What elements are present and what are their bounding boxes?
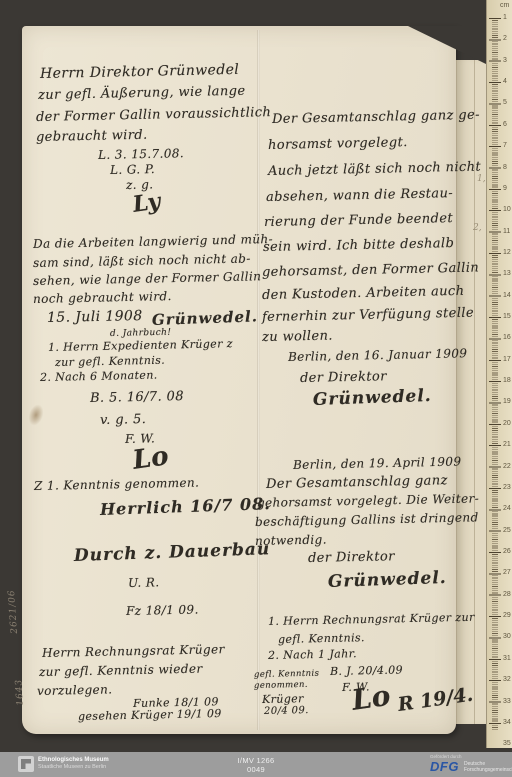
scan-viewer-page: Herrn Direktor Grünwedel zur gefl. Äußer…	[0, 0, 512, 777]
ruler-cm-ticks	[489, 18, 501, 730]
signature-gruenwedel: Grünwedel.	[313, 386, 432, 410]
ruler-number: 8	[503, 164, 507, 171]
ruler-number: 24	[503, 505, 511, 512]
handwritten-line: Fz 18/1 09.	[126, 602, 199, 618]
ruler-number: 12	[503, 249, 511, 256]
ruler-number: 33	[503, 698, 511, 705]
ruler-number: 1	[503, 14, 507, 21]
margin-note-vertical: 1643	[14, 678, 26, 706]
dfg-org-name: Deutsche Forschungsgemeinschaft	[464, 761, 512, 773]
handwritten-line: B. 5. 16/7. 08	[90, 389, 184, 406]
ruler-number: 19	[503, 398, 511, 405]
ruler-number: 18	[503, 377, 511, 384]
ruler-number: 5	[503, 99, 507, 106]
ruler-number: 6	[503, 121, 507, 128]
ruler-number: 22	[503, 463, 511, 470]
handwritten-line: der Direktor	[308, 549, 395, 566]
ruler-number: 34	[503, 719, 511, 726]
handwritten-line: B. J. 20/4.09	[330, 663, 403, 678]
handwritten-annotation: L. G. P.	[110, 162, 155, 177]
signature-gruenwedel: Grünwedel.	[152, 307, 259, 329]
ruler-number: 27	[503, 569, 511, 576]
ruler-number: 25	[503, 527, 511, 534]
ruler-unit-label: cm	[500, 2, 509, 9]
handwritten-annotation: L. 3. 15.7.08.	[98, 146, 184, 162]
handwritten-line: zur gefl. Kenntnis.	[55, 354, 165, 369]
ruler-number: 17	[503, 356, 511, 363]
ruler-number: 20	[503, 420, 511, 427]
ruler-number: 32	[503, 676, 511, 683]
handwritten-superscript: d. Jahrbuch!	[110, 328, 172, 339]
handwritten-line: gebraucht wird.	[36, 128, 148, 145]
paraph-initial: Lo	[350, 679, 393, 717]
ruler-number: 14	[503, 292, 511, 299]
handwritten-line: U. R.	[128, 575, 160, 590]
ruler-number: 3	[503, 57, 507, 64]
ruler-number: 15	[503, 313, 511, 320]
signature-gruenwedel: Grünwedel.	[328, 568, 447, 592]
handwritten-side-note: gefl. Kenntnis	[254, 669, 320, 680]
page-fold-crease	[257, 30, 260, 730]
ruler-number: 9	[503, 185, 507, 192]
ruler-number: 29	[503, 612, 511, 619]
handwritten-line: zu wollen.	[262, 329, 333, 345]
paraph-initial: Ly	[131, 188, 162, 218]
handwritten-side-note: Krüger	[262, 692, 304, 706]
viewer-footer-bar: Ethnologisches Museum Staatliche Museen …	[0, 752, 512, 777]
ruler-number: 10	[503, 206, 511, 213]
date-line: 15. Juli 1908	[47, 308, 143, 326]
handwritten-line: der Direktor	[300, 369, 387, 386]
ruler-number: 7	[503, 142, 507, 149]
handwritten-line: vorzulegen.	[37, 682, 113, 698]
ruler-number: 23	[503, 484, 511, 491]
ruler-number: 2	[503, 35, 507, 42]
handwritten-line: notwendig.	[255, 532, 327, 548]
ruler-number: 13	[503, 270, 511, 277]
ruler-number: 28	[503, 591, 511, 598]
ruler-number: 4	[503, 78, 507, 85]
handwritten-side-note: 20/4 09.	[264, 705, 309, 717]
paraph-initial: Lo	[131, 441, 170, 476]
ruler-number: 16	[503, 334, 511, 341]
ruler-number: 31	[503, 655, 511, 662]
dfg-org-line2: Forschungsgemeinschaft	[464, 767, 512, 773]
ruler-number: 21	[503, 441, 511, 448]
pencil-mark: 1,	[477, 174, 486, 184]
ruler: cm 1234567891011121314151617181920212223…	[486, 0, 512, 748]
margin-note-vertical: 2621/06	[7, 589, 20, 634]
dfg-logo: DFG	[430, 759, 459, 774]
handwritten-line: v. g. 5.	[100, 412, 147, 428]
handwritten-line: gefl. Kenntnis.	[278, 631, 365, 646]
ruler-number: 26	[503, 548, 511, 555]
ruler-number: 30	[503, 633, 511, 640]
handwritten-line: 2. Nach 1 Jahr.	[268, 647, 357, 662]
handwritten-line: noch gebraucht wird.	[33, 289, 172, 306]
handwritten-side-note: genommen.	[254, 680, 308, 691]
ruler-number: 35	[503, 740, 511, 747]
pencil-mark: 2,	[473, 223, 482, 233]
handwritten-line: 2. Nach 6 Monaten.	[40, 369, 158, 384]
ruler-number: 11	[503, 228, 510, 235]
handwritten-line: horsamst vorgelegt.	[268, 135, 408, 153]
